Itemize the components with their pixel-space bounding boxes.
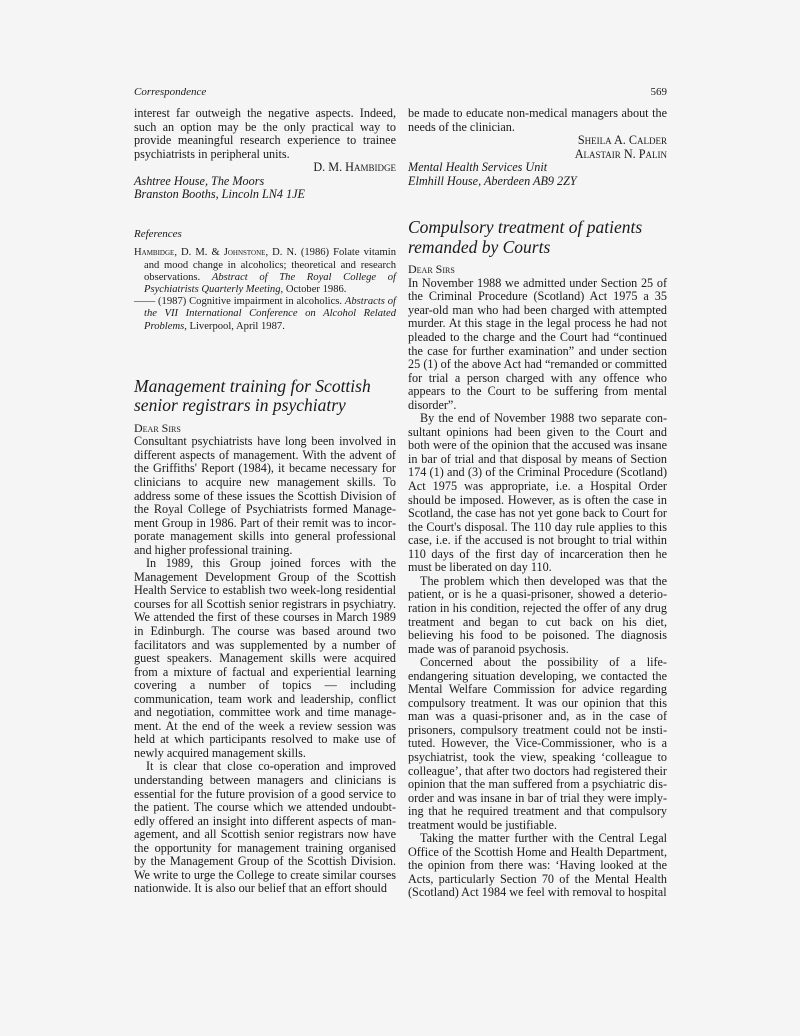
right-column: be made to educate non-medical managers … [408, 107, 667, 900]
left-column: interest far outweigh the negative aspec… [134, 107, 396, 896]
body-paragraph: Concerned about the possibility of a lif… [408, 656, 667, 832]
author-address-line: Branston Booths, Lincoln LN4 1JE [134, 188, 396, 202]
reference-authors: Hambidge, D. M. & Johnstone, D. N. [134, 247, 297, 258]
references-heading: References [134, 228, 396, 242]
reference-tail: , October 1986. [281, 284, 347, 295]
body-paragraph: It is clear that close co-operation and … [134, 760, 396, 895]
body-paragraph: The problem which then developed was tha… [408, 575, 667, 656]
reference-text: (1987) Cognitive impairment in alcoholic… [155, 296, 345, 307]
journal-page: Correspondence 569 interest far outweigh… [0, 0, 800, 1036]
body-paragraph: Taking the matter further with the Centr… [408, 832, 667, 900]
author-address-line: Mental Health Services Unit [408, 161, 667, 175]
article-title: Compulsory treatment of patients remande… [408, 218, 667, 257]
salutation: Dear Sirs [134, 422, 396, 436]
running-header-section: Correspondence [134, 86, 206, 98]
body-paragraph: By the end of November 1988 two separate… [408, 412, 667, 575]
page-number: 569 [640, 86, 667, 98]
reference-authors: —— [134, 296, 155, 307]
article-title: Management training for Scottish senior … [134, 377, 396, 416]
author-address-line: Elmhill House, Aberdeen AB9 2ZY [408, 175, 667, 189]
continued-paragraph: be made to educate non-medical managers … [408, 107, 667, 134]
reference-item: —— (1987) Cognitive impairment in alcoho… [134, 296, 396, 333]
reference-tail: , Liverpool, April 1987. [184, 321, 285, 332]
continued-paragraph: interest far outweigh the negative aspec… [134, 107, 396, 161]
author-signature: Sheila A. Calder [408, 134, 667, 148]
body-paragraph: Consultant psychiatrists have long been … [134, 435, 396, 557]
body-paragraph: In 1989, this Group joined forces with t… [134, 557, 396, 760]
salutation: Dear Sirs [408, 263, 667, 277]
author-signature: Alastair N. Palin [408, 148, 667, 162]
author-signature: D. M. Hambidge [134, 161, 396, 175]
author-address-line: Ashtree House, The Moors [134, 175, 396, 189]
body-paragraph: In November 1988 we admitted under Secti… [408, 277, 667, 412]
reference-item: Hambidge, D. M. & Johnstone, D. N. (1986… [134, 247, 396, 296]
